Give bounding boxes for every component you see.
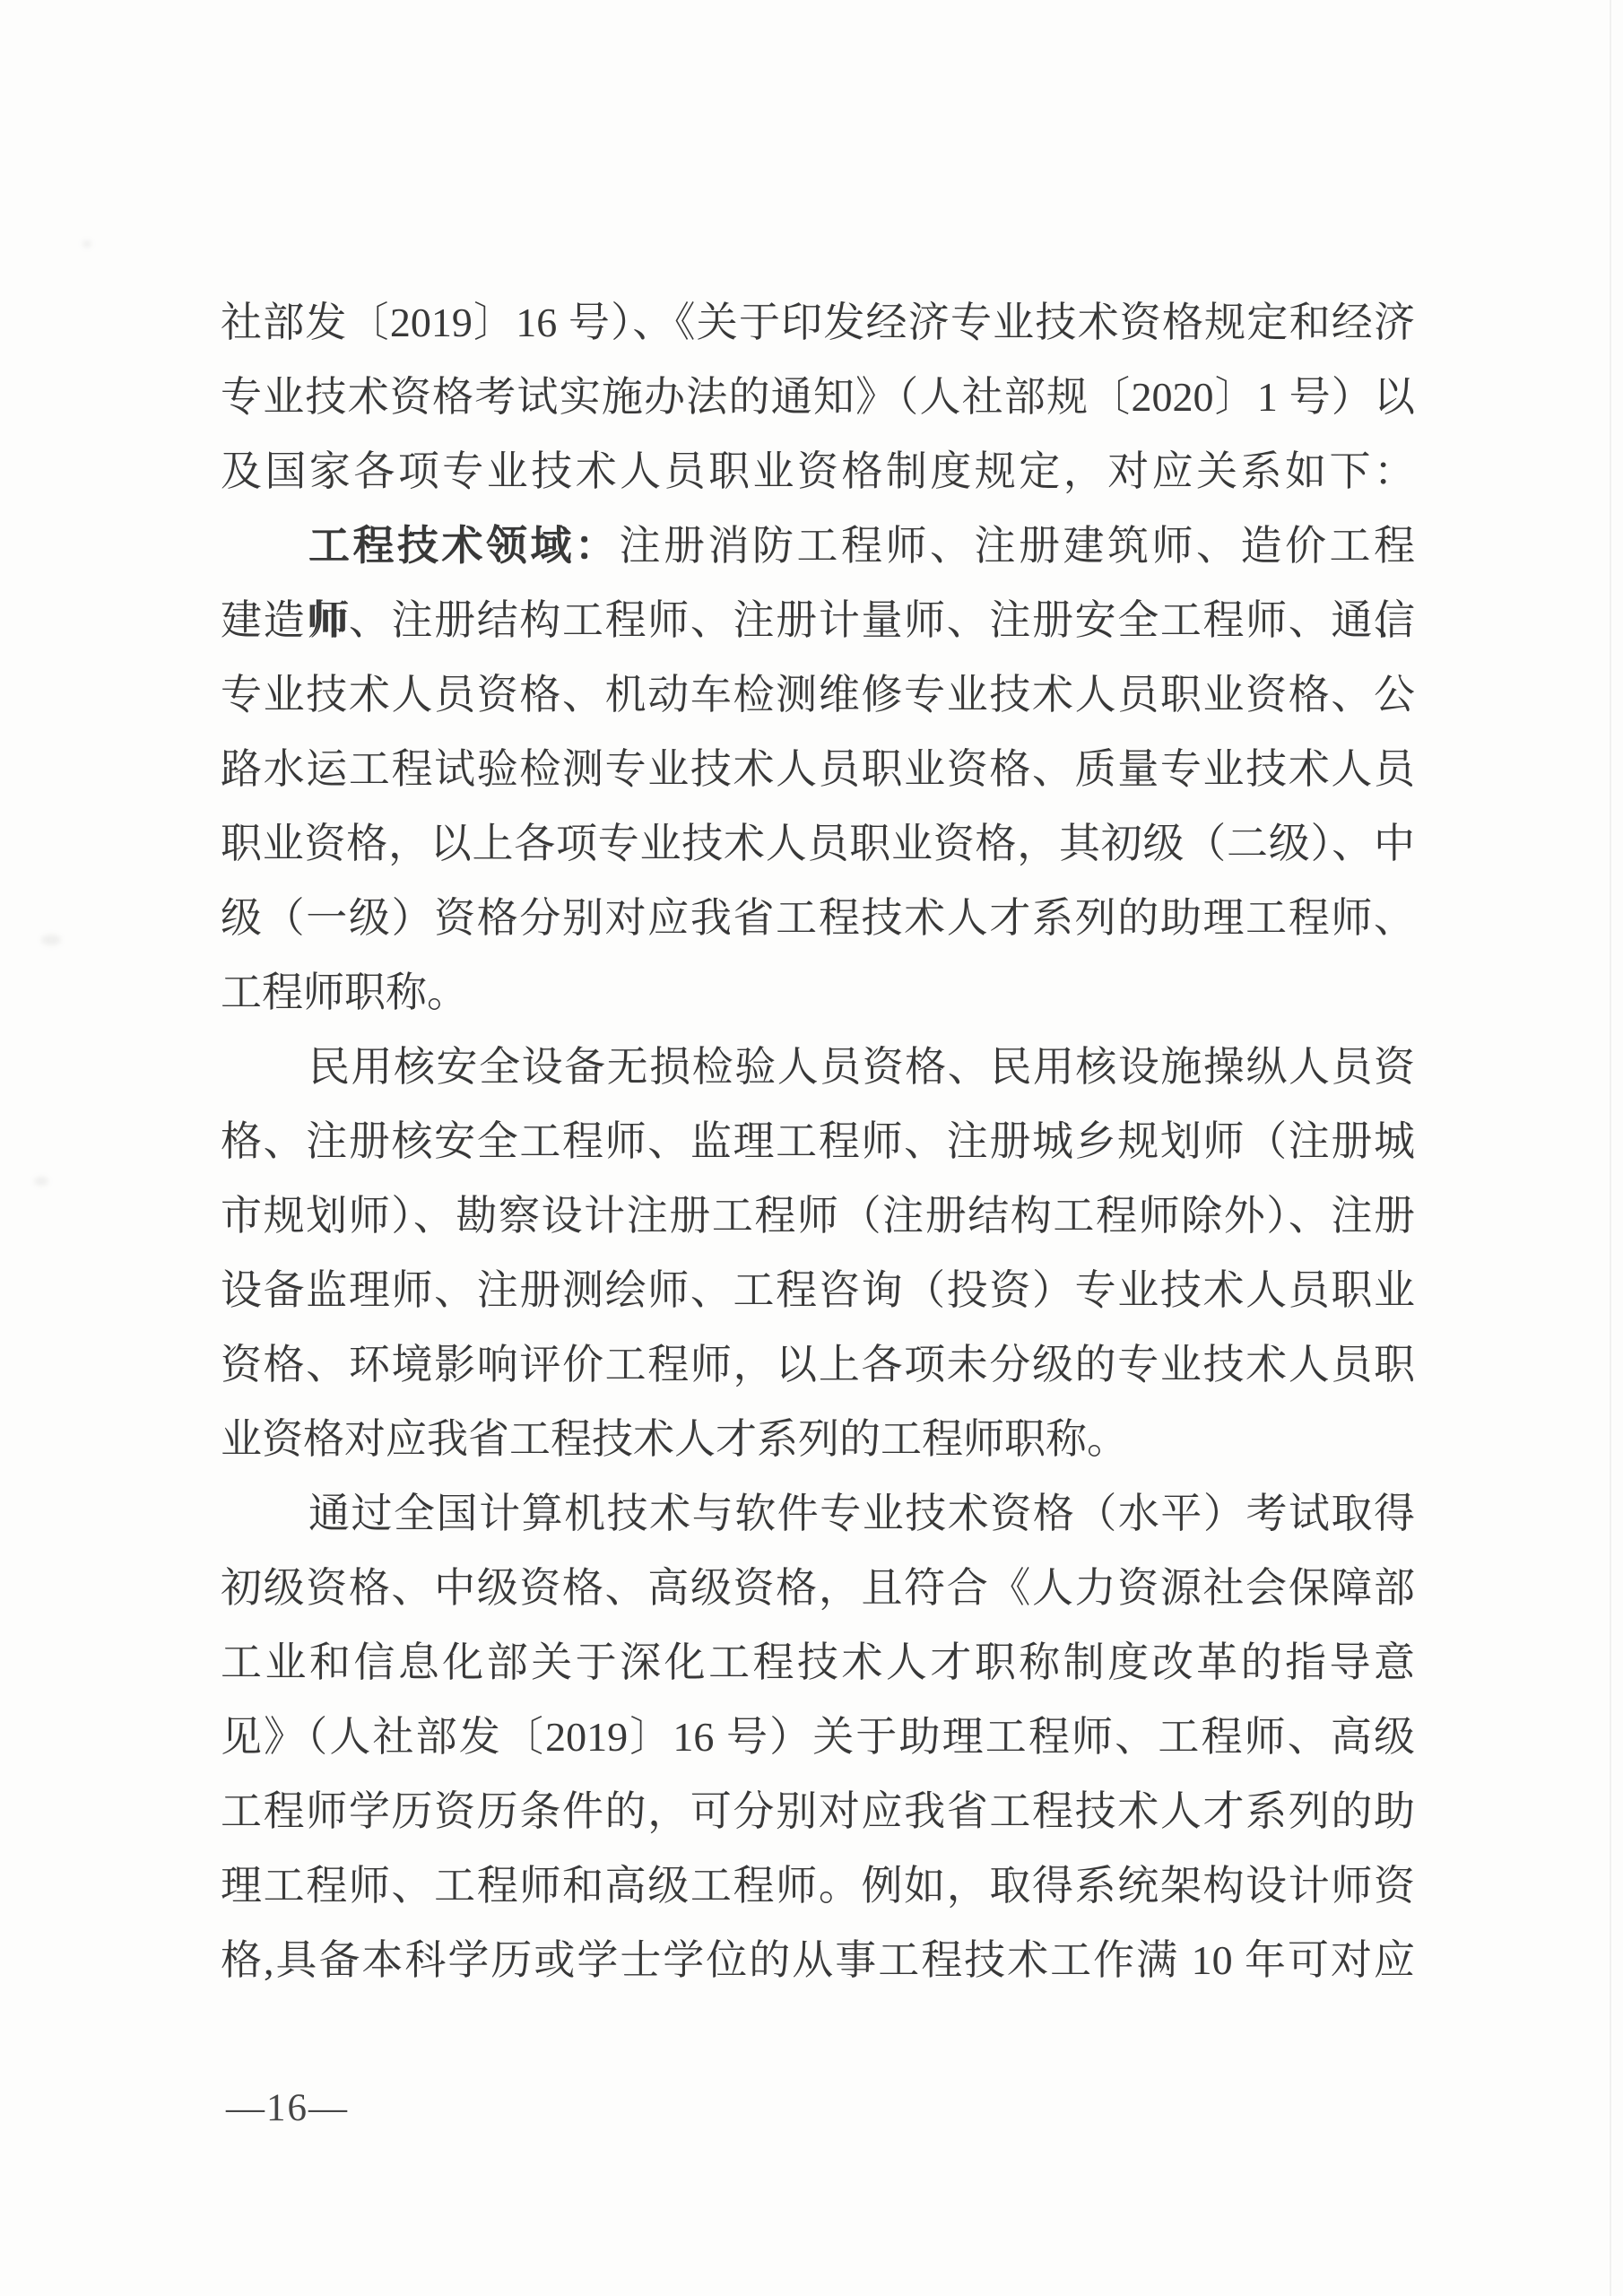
text-line: 设备监理师、注册测绘师、工程咨询（投资）专业技术人员职业	[221, 1253, 1415, 1327]
text-line: 专业技术资格考试实施办法的通知》（人社部规〔2020〕1 号）以	[221, 360, 1415, 434]
text-line: 资格、环境影响评价工程师，以上各项未分级的专业技术人员职	[221, 1327, 1415, 1402]
scanned-document-page: 社部发〔2019〕16 号）、《关于印发经济专业技术资格规定和经济专业技术资格考…	[0, 0, 1623, 2296]
text-line: 建造师、注册结构工程师、注册计量师、注册安全工程师、通信	[221, 583, 1415, 657]
text-line: 路水运工程试验检测专业技术人员职业资格、质量专业技术人员	[221, 732, 1415, 806]
text-line: 格、注册核安全工程师、监理工程师、注册城乡规划师（注册城	[221, 1104, 1415, 1178]
text-line: 见》（人社部发〔2019〕16 号）关于助理工程师、工程师、高级	[221, 1700, 1415, 1774]
text-line: 工程技术领域：注册消防工程师、注册建筑师、造价工程师、	[221, 509, 1415, 583]
scan-edge-artifact	[1610, 0, 1611, 2296]
text-line: 工业和信息化部关于深化工程技术人才职称制度改革的指导意	[221, 1625, 1415, 1700]
text-line: 格,具备本科学历或学士学位的从事工程技术工作满 10 年可对应	[221, 1923, 1415, 1997]
text-line: 社部发〔2019〕16 号）、《关于印发经济专业技术资格规定和经济	[221, 285, 1415, 360]
body-text: 社部发〔2019〕16 号）、《关于印发经济专业技术资格规定和经济专业技术资格考…	[221, 285, 1415, 1997]
scan-smudge	[82, 240, 91, 248]
text-line: 理工程师、工程师和高级工程师。例如，取得系统架构设计师资	[221, 1848, 1415, 1923]
text-line: 工程师学历资历条件的，可分别对应我省工程技术人才系列的助	[221, 1774, 1415, 1848]
text-line: 初级资格、中级资格、高级资格，且符合《人力资源社会保障部	[221, 1551, 1415, 1625]
text-line: 民用核安全设备无损检验人员资格、民用核设施操纵人员资	[221, 1030, 1415, 1104]
text-line: 通过全国计算机技术与软件专业技术资格（水平）考试取得	[221, 1476, 1415, 1551]
text-line: 职业资格，以上各项专业技术人员职业资格，其初级（二级）、中	[221, 806, 1415, 881]
text-line: 专业技术人员资格、机动车检测维修专业技术人员职业资格、公	[221, 657, 1415, 732]
text-line: 工程师职称。	[221, 955, 1415, 1030]
page-number: —16—	[226, 2086, 349, 2131]
bold-section-heading: 工程技术领域：	[308, 523, 620, 569]
scan-smudge	[34, 1177, 48, 1186]
text-line: 市规划师）、勘察设计注册工程师（注册结构工程师除外）、注册	[221, 1178, 1415, 1253]
text-line: 业资格对应我省工程技术人才系列的工程师职称。	[221, 1402, 1415, 1476]
text-line: 级（一级）资格分别对应我省工程技术人才系列的助理工程师、	[221, 881, 1415, 955]
scan-smudge	[41, 935, 61, 945]
text-line: 及国家各项专业技术人员职业资格制度规定，对应关系如下：	[221, 434, 1415, 509]
